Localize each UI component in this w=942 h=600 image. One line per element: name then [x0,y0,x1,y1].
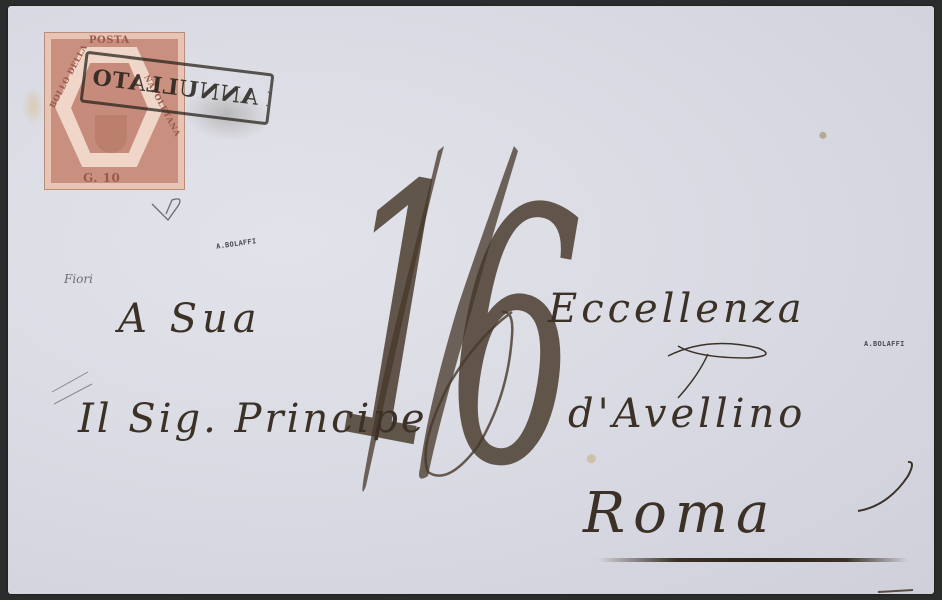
city-underline [598,558,908,562]
pencil-check-icon [152,199,180,220]
address-city: Roma [583,481,777,546]
expertizer-mark: A.BOLAFFI [864,340,905,348]
postal-cover: POSTA BOLLO DELLA NAPOLETANA G. 10 ANNUL… [8,6,934,594]
address-line-2a: Il Sig. Principe [78,396,428,442]
address-line-2b: d'Avellino [568,391,806,437]
pencil-note: Fiori [64,272,93,286]
address-line-1b: Eccellenza [548,286,806,332]
address-line-1a: A Sua [118,296,262,342]
rate-marking: 16 [327,126,576,528]
